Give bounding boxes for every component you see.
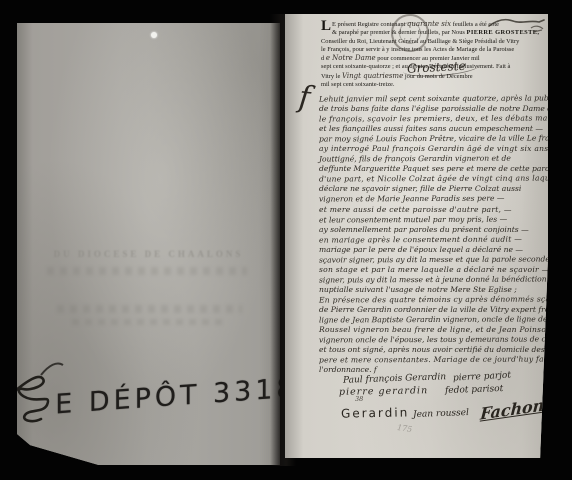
faint-pencil-note: 175 — [396, 423, 412, 434]
manuscript-line: sçavoir signer, puis ay dit la messe et … — [319, 254, 547, 265]
header-text: d — [321, 55, 324, 62]
header-line: le François, pour servir à y inscrire to… — [321, 46, 543, 54]
manuscript-line: nuptialle suivant l'usage de notre Mere … — [319, 285, 547, 295]
signature-groom: Paul françois Gerardin — [343, 372, 446, 386]
signature-witness: pierre parjot — [453, 370, 511, 383]
archive-call-number: E DÉPÔT 3318 — [55, 372, 297, 420]
marginal-mark: f — [297, 80, 312, 116]
signature-witness: pierre gerardin — [339, 385, 428, 398]
manuscript-line: en mariage après le consentement donné a… — [319, 234, 547, 245]
manuscript-body: Lehuit janvier mil sept cent soixante qu… — [319, 94, 547, 375]
header-handwritten-insert: Vingt quatriesme — [342, 72, 403, 80]
bleedthrough-strip — [47, 267, 247, 275]
header-handwritten-insert: e Notre Dame — [326, 54, 376, 62]
drop-cap: L — [321, 20, 331, 33]
signature-witness: Jean roussel — [413, 408, 469, 420]
manuscript-line: de trois bans faite dans l'église parois… — [319, 104, 547, 114]
signature-priest: Fachon — [480, 395, 545, 423]
signature-witness: fedot parisot — [445, 384, 504, 396]
manuscript-line: d'une part, et Nicolle Colzat âgée de vi… — [319, 174, 547, 185]
signature-witness: Gerardin — [341, 405, 409, 420]
manuscript-line: son stage et par la mere laquelle a décl… — [319, 265, 547, 275]
header-text: Vitry le — [321, 73, 340, 80]
manuscript-line: le françois, sçavoir les premiers, deux,… — [319, 114, 547, 125]
corner-annotation-scribble — [487, 14, 547, 40]
manuscript-line: ay solemnellement par paroles du présent… — [319, 225, 547, 235]
manuscript-line: signer, puis ay dit la messe et à jeune … — [319, 274, 547, 285]
left-page: DU DIOCESE DE CHAALONS E DÉPÔT 3318 — [17, 23, 280, 465]
manuscript-line: par moy signé Louis Fachon Prêtre, vicai… — [319, 134, 547, 145]
manuscript-line: Roussel vigneron beau frere de ligne, et… — [319, 325, 547, 335]
header-line: mil sept cent soixante-treize. — [321, 81, 543, 89]
paper-flaw-dot — [151, 32, 157, 38]
bleedthrough-text: DU DIOCESE DE CHAALONS — [17, 249, 280, 259]
manuscript-line: mariage par le pere de l'époux lequel a … — [319, 245, 547, 255]
manuscript-line: ligne de Jean Baptiste Gerardin vigneron… — [319, 315, 547, 326]
manuscript-line: En présence des quatre témoins cy après … — [319, 294, 547, 305]
scanned-register-spread: DU DIOCESE DE CHAALONS E DÉPÔT 3318 L E … — [0, 0, 572, 480]
manuscript-line: Lehuit janvier mil sept cent soixante qu… — [319, 94, 547, 105]
manuscript-line: et mere aussi de cette paroisse d'autre … — [319, 205, 547, 215]
manuscript-line: vigneron et de Marie Jeanne Paradis ses … — [319, 194, 547, 205]
bleedthrough-strip — [72, 319, 222, 325]
manuscript-line: et leur consentement mutuel par moy pris… — [319, 214, 547, 225]
pencil-number: 38 — [355, 395, 363, 403]
manuscript-line: vigneron oncle de l'épouse, les tous y d… — [319, 335, 547, 346]
bleedthrough-strip — [57, 305, 242, 313]
manuscript-line: de Pierre Gerardin cordonnier de la vill… — [319, 305, 547, 315]
right-page: L E présent Registre contenant quarante … — [285, 14, 548, 458]
manuscript-line: pere et mere consentantes. Mariage de ce… — [319, 355, 547, 366]
manuscript-line: Jouttigné, fils de françois Gerardin vig… — [319, 154, 547, 165]
